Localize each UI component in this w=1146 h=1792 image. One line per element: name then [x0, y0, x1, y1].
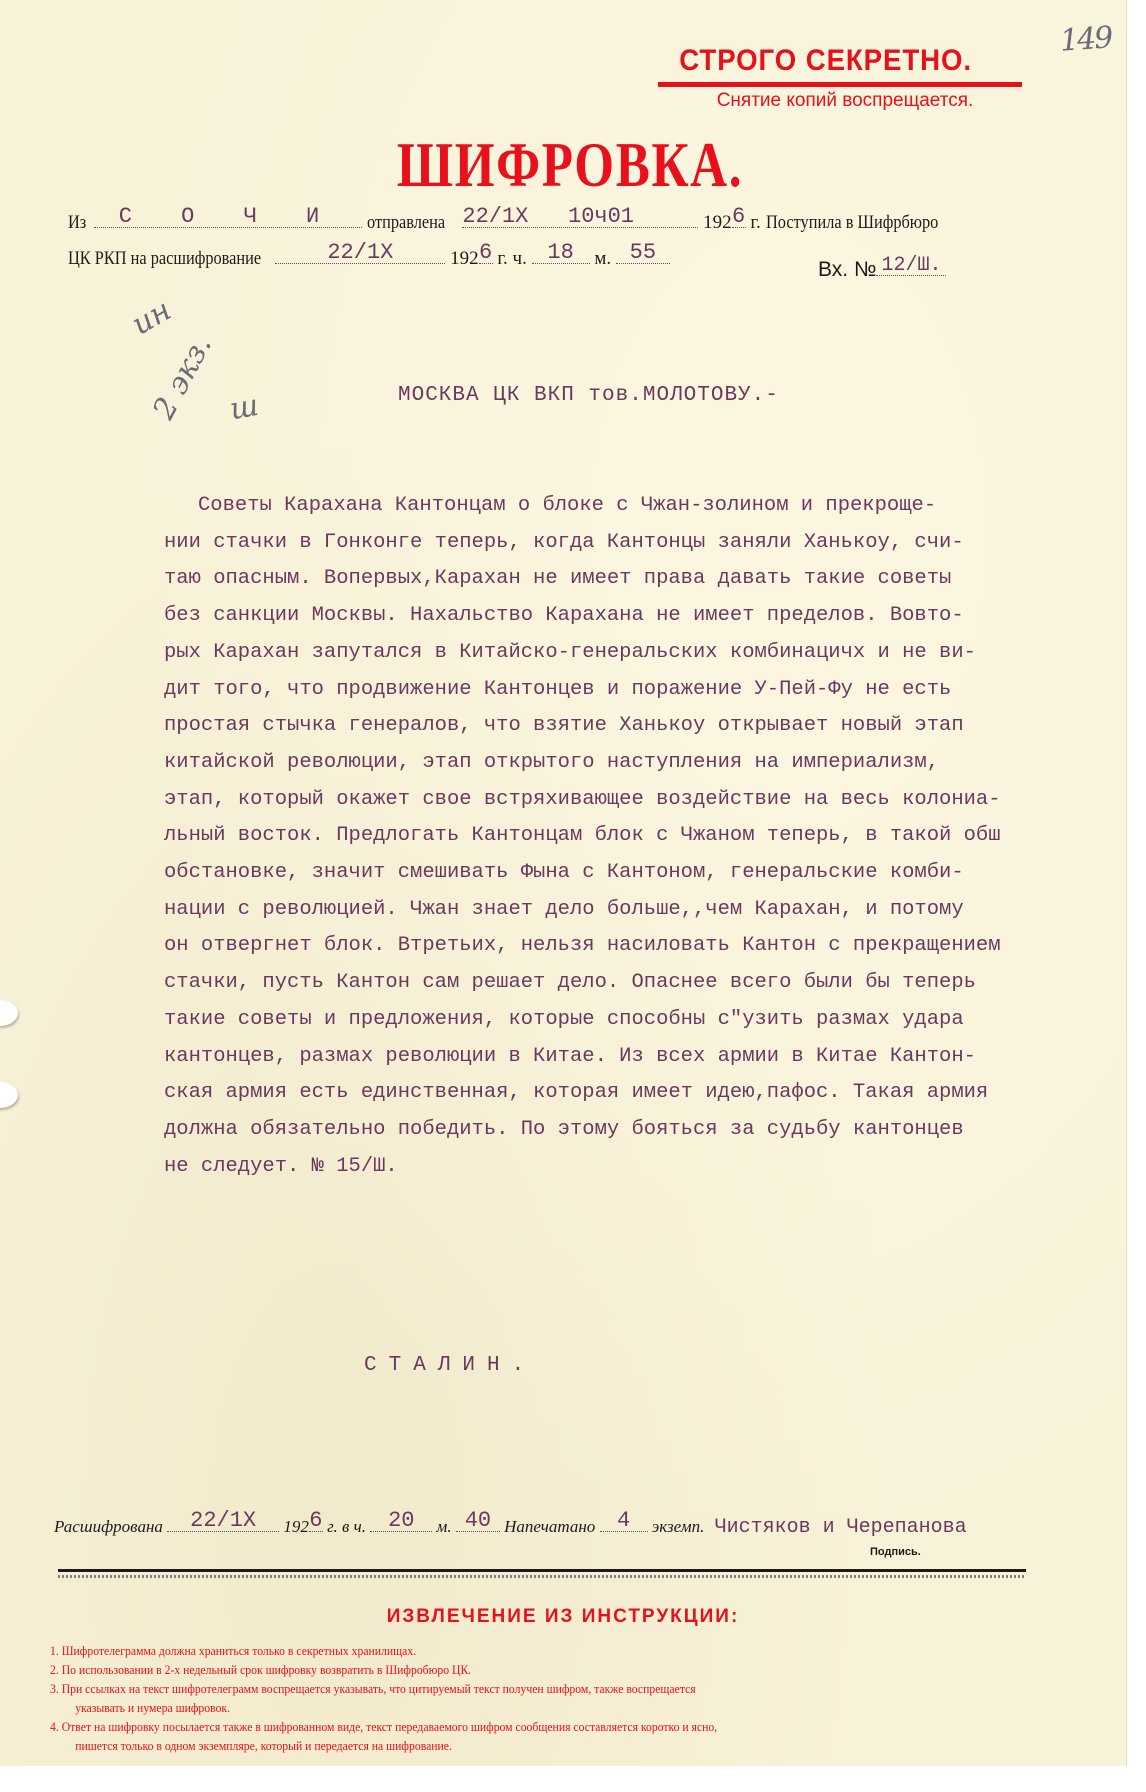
divider	[58, 1569, 1026, 1572]
incoming-label: Вх. №	[818, 258, 876, 281]
instruction-item: 1. Шифротелеграмма должна храниться толь…	[50, 1641, 950, 1660]
from-label: Из	[68, 212, 86, 234]
sent-time: 10ч01	[568, 204, 634, 229]
deciphered-date: 22/1X	[167, 1508, 279, 1533]
sent-date: 22/1X 10ч01	[462, 204, 698, 229]
body-line: таю опасным. Вопервых,Карахан не имеет п…	[164, 561, 1064, 598]
decipher-year-digit: 6	[479, 240, 493, 265]
telegram-body: Советы Карахана Кантонцам о блоке с Чжан…	[164, 488, 1064, 1185]
body-line: простая стычка генералов, что взятие Хан…	[164, 708, 1064, 745]
document-sheet: 149 СТРОГО СЕКРЕТНО. Снятие копий воспре…	[0, 0, 1127, 1766]
decipher-date: 22/1X	[275, 240, 445, 265]
body-line: стачки, пусть Кантон сам решает дело. Оп…	[164, 965, 1064, 1002]
body-line: обстановке, значит смешивать Фына с Кант…	[164, 855, 1064, 892]
classification-underline	[658, 82, 1022, 87]
divider	[58, 1575, 1026, 1578]
body-line: ская армия есть единственная, которая им…	[164, 1075, 1064, 1112]
instruction-item: 3. При ссылках на текст шифротелеграмм в…	[50, 1679, 950, 1698]
received-label: Поступила в Шифрбюро	[766, 212, 938, 234]
signature-label: Подпись.	[870, 1546, 921, 1558]
body-line: Советы Карахана Кантонцам о блоке с Чжан…	[164, 488, 1064, 525]
body-line: без санкции Москвы. Нахальство Карахана …	[164, 598, 1064, 635]
body-line: должна обязательно победить. По этому бо…	[164, 1112, 1064, 1149]
body-line: он отвергнет блок. Втретьих, нельзя наси…	[164, 928, 1064, 965]
punch-hole	[0, 1082, 18, 1108]
from-city: С О Ч И	[94, 204, 362, 229]
handwritten-note: ин	[126, 293, 177, 343]
header-line-2: ЦК РКП на расшифрование 22/1X 1926 г. ч.…	[68, 248, 670, 270]
handwritten-copies-note: 2 экз.	[146, 330, 219, 425]
classification-stamp: СТРОГО СЕКРЕТНО.	[660, 44, 991, 78]
instruction-item-continuation: указывать и нумера шифровок.	[50, 1698, 950, 1717]
body-line: кантонцев, размах революции в Китае. Из …	[164, 1039, 1064, 1076]
deciphered-year-digit: 6	[309, 1508, 323, 1533]
addressee: МОСКВА ЦК ВКП тов.МОЛОТОВУ.-	[398, 384, 779, 407]
body-line: не следует. № 15/Ш.	[164, 1149, 1064, 1186]
signature: СТАЛИН.	[364, 1354, 536, 1377]
deciphered-minute: 40	[456, 1508, 500, 1533]
printed-label: Напечатано	[504, 1517, 595, 1536]
incoming-number: 12/Ш.	[876, 254, 946, 277]
deciphered-hour: 20	[370, 1508, 432, 1533]
decipher-hour: 18	[532, 240, 590, 265]
deciphered-label: Расшифрована	[54, 1517, 163, 1536]
instruction-item-continuation: пишется только в одном экземпляре, котор…	[50, 1736, 950, 1755]
body-line: этап, который окажет свое встряхивающее …	[164, 782, 1064, 819]
body-line: дит того, что продвижение Кантонцев и по…	[164, 672, 1064, 709]
signers: Чистяков и Черепанова	[715, 1516, 967, 1539]
instruction-item: 4. Ответ на шифровку посылается также в …	[50, 1717, 950, 1736]
sent-label: отправлена	[367, 212, 445, 234]
body-line: китайской революции, этап открытого наст…	[164, 745, 1064, 782]
instruction-item: 2. По использовании в 2-х недельный срок…	[50, 1660, 950, 1679]
body-line: льный восток. Предлогать Кантонцам блок …	[164, 818, 1064, 855]
decipher-label: ЦК РКП на расшифрование	[68, 248, 261, 270]
decipher-footer: Расшифрована 22/1X 1926 г. в ч. 20 м. 40…	[54, 1516, 967, 1539]
handwritten-initials: ш	[227, 388, 261, 427]
body-line: нации с революцией. Чжан знает дело боль…	[164, 892, 1064, 929]
body-line: такие советы и предложения, которые спос…	[164, 1002, 1064, 1039]
page-number: 149	[1059, 20, 1113, 58]
incoming-number-row: Вх. №12/Ш.	[818, 258, 946, 282]
document-title: ШИФРОВКА.	[386, 128, 754, 202]
sent-year-digit: 6	[732, 204, 746, 229]
instructions-title: ИЗВЛЕЧЕНИЕ ИЗ ИНСТРУКЦИИ:	[0, 1606, 1126, 1628]
copy-notice: Снятие копий воспрещается.	[680, 90, 1010, 112]
instructions-list: 1. Шифротелеграмма должна храниться толь…	[50, 1641, 1050, 1755]
punch-hole	[0, 1000, 18, 1026]
body-line: рых Карахан запутался в Китайско-генерал…	[164, 635, 1064, 672]
header-line-1: Из С О Ч И отправлена 22/1X 10ч01 1926 г…	[68, 212, 966, 234]
body-line: нии стачки в Гонконге теперь, когда Кант…	[164, 525, 1064, 562]
decipher-minute: 55	[616, 240, 670, 265]
copies-count: 4	[600, 1508, 648, 1533]
